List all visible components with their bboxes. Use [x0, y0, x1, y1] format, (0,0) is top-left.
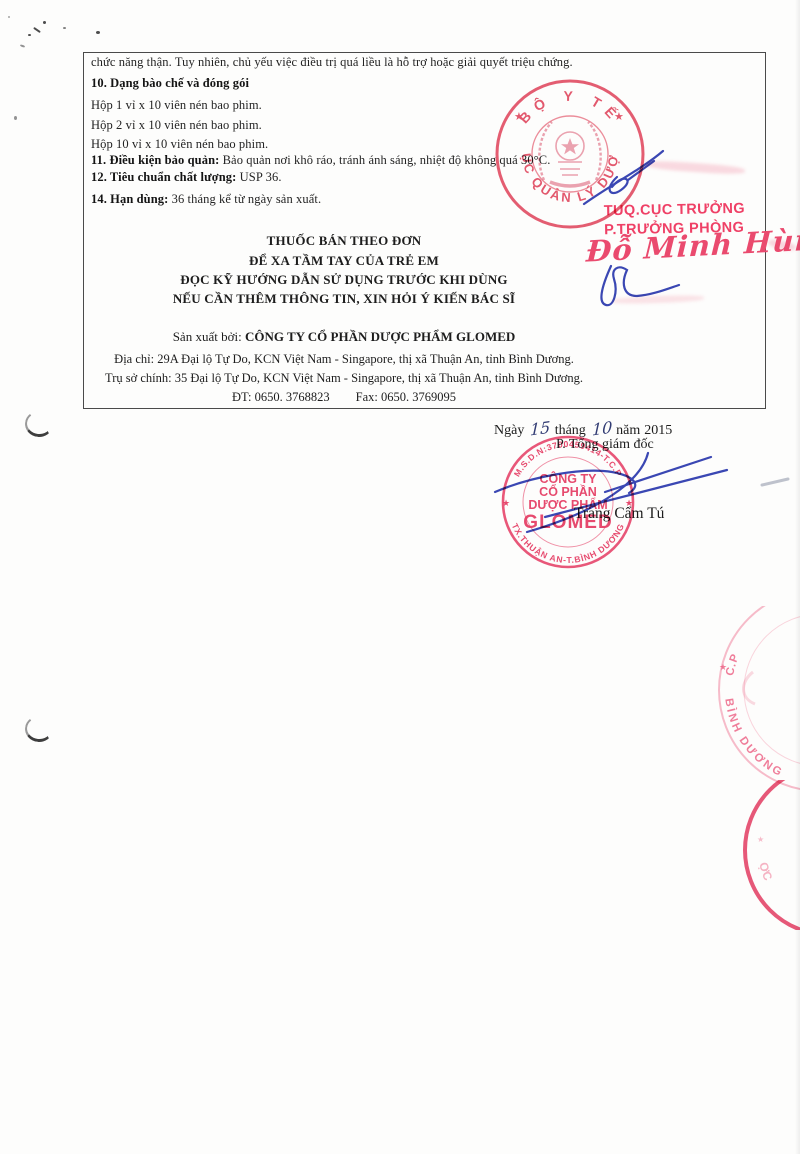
- company-stamp-line2: CỔ PHẦN: [539, 484, 597, 499]
- manufacturer-head-office: Trụ sở chính: 35 Đại lộ Tự Do, KCN Việt …: [83, 371, 605, 386]
- star-icon: ★: [502, 498, 510, 508]
- pen-speck: [20, 44, 25, 48]
- edge-stamp-lower-text: ỢC: [756, 861, 775, 883]
- section-12-text: USP 36.: [236, 170, 281, 184]
- star-icon: ★: [719, 662, 727, 672]
- star-icon: ★: [625, 498, 633, 508]
- edge-stamp-upper: C.P BÌNH DƯƠNG ★: [695, 606, 800, 804]
- section-11-label: 11. Điều kiện bảo quản:: [91, 153, 219, 167]
- manufacturer-address: Địa chỉ: 29A Đại lộ Tự Do, KCN Việt Nam …: [83, 352, 605, 367]
- section-14-label: 14. Hạn dùng:: [91, 192, 168, 206]
- scanned-document-page: chức năng thận. Tuy nhiên, chủ yếu việc …: [0, 0, 800, 1154]
- punch-hole: [24, 410, 55, 439]
- warning-line-2: ĐỂ XA TẦM TAY CỦA TRẺ EM: [83, 253, 605, 269]
- pen-speck: [8, 16, 10, 18]
- national-emblem: [539, 122, 600, 186]
- svg-text:BỘ Y TẾ: BỘ Y TẾ: [516, 88, 625, 127]
- section-14-text: 36 tháng kể từ ngày sản xuất.: [168, 192, 321, 206]
- company-seal-stamp: M.S.D.N:3700459414-T.C.P TX.THUẬN AN-T.B…: [498, 432, 638, 572]
- manufacturer-contacts: ĐT: 0650. 3768823 Fax: 0650. 3769095: [83, 390, 605, 405]
- manufacturer-name: CÔNG TY CỔ PHẦN DƯỢC PHẨM GLOMED: [245, 329, 515, 344]
- svg-text:ỢC: ỢC: [756, 861, 775, 883]
- packaging-line-3: Hộp 10 vỉ x 10 viên nén bao phim.: [91, 137, 268, 152]
- date-year: 2015: [644, 423, 672, 438]
- edge-stamp-lower: ỢC ★: [713, 780, 800, 930]
- overflow-paragraph: chức năng thận. Tuy nhiên, chủ yếu việc …: [91, 55, 573, 70]
- section-12-standard: 12. Tiêu chuẩn chất lượng: USP 36.: [91, 170, 282, 185]
- section-11-storage: 11. Điều kiện bảo quản: Bảo quản nơi khô…: [91, 153, 550, 168]
- packaging-line-2: Hộp 2 vỉ x 10 viên nén bao phim.: [91, 118, 262, 133]
- warning-line-1: THUỐC BÁN THEO ĐƠN: [83, 233, 605, 249]
- pen-smear: [762, 479, 788, 485]
- company-stamp-line4: GLOMED: [523, 512, 612, 533]
- pen-speck: [33, 27, 41, 33]
- company-stamp-line1: CÔNG TY: [540, 471, 598, 486]
- warning-line-3: ĐỌC KỸ HƯỚNG DẪN SỬ DỤNG TRƯỚC KHI DÙNG: [83, 272, 605, 288]
- packaging-line-1: Hộp 1 vỉ x 10 viên nén bao phim.: [91, 98, 262, 113]
- section-14-shelf-life: 14. Hạn dùng: 36 tháng kể từ ngày sản xu…: [91, 192, 321, 207]
- pen-speck: [14, 116, 17, 120]
- pen-speck: [96, 31, 100, 34]
- pen-speck: [43, 21, 46, 24]
- star-icon: ★: [757, 835, 764, 844]
- pen-speck: [63, 27, 66, 29]
- section-10-heading: 10. Dạng bào chế và đóng gói: [91, 76, 249, 90]
- star-icon: ★: [514, 111, 524, 123]
- pen-speck: [28, 34, 31, 36]
- ministry-stamp-arc-top: BỘ Y TẾ: [516, 88, 625, 127]
- company-stamp-line3: DƯỢC PHẨM: [528, 497, 607, 512]
- manufacturer-line: Sản xuất bởi: CÔNG TY CỔ PHẦN DƯỢC PHẨM …: [83, 329, 605, 345]
- star-icon: ★: [614, 111, 624, 123]
- manufacturer-phone: ĐT: 0650. 3768823: [232, 390, 330, 405]
- section-12-label: 12. Tiêu chuẩn chất lượng:: [91, 170, 236, 184]
- ministry-of-health-stamp: BỘ Y TẾ CỤC QUẢN LÝ DƯỢC ★ ★: [492, 76, 648, 232]
- manufacturer-fax: Fax: 0650. 3769095: [356, 390, 456, 405]
- warning-line-4: NẾU CẦN THÊM THÔNG TIN, XIN HỎI Ý KIẾN B…: [83, 291, 605, 307]
- scan-edge-shadow: [795, 0, 800, 1154]
- manufacturer-label: Sản xuất bởi:: [173, 329, 245, 344]
- punch-hole: [24, 715, 55, 744]
